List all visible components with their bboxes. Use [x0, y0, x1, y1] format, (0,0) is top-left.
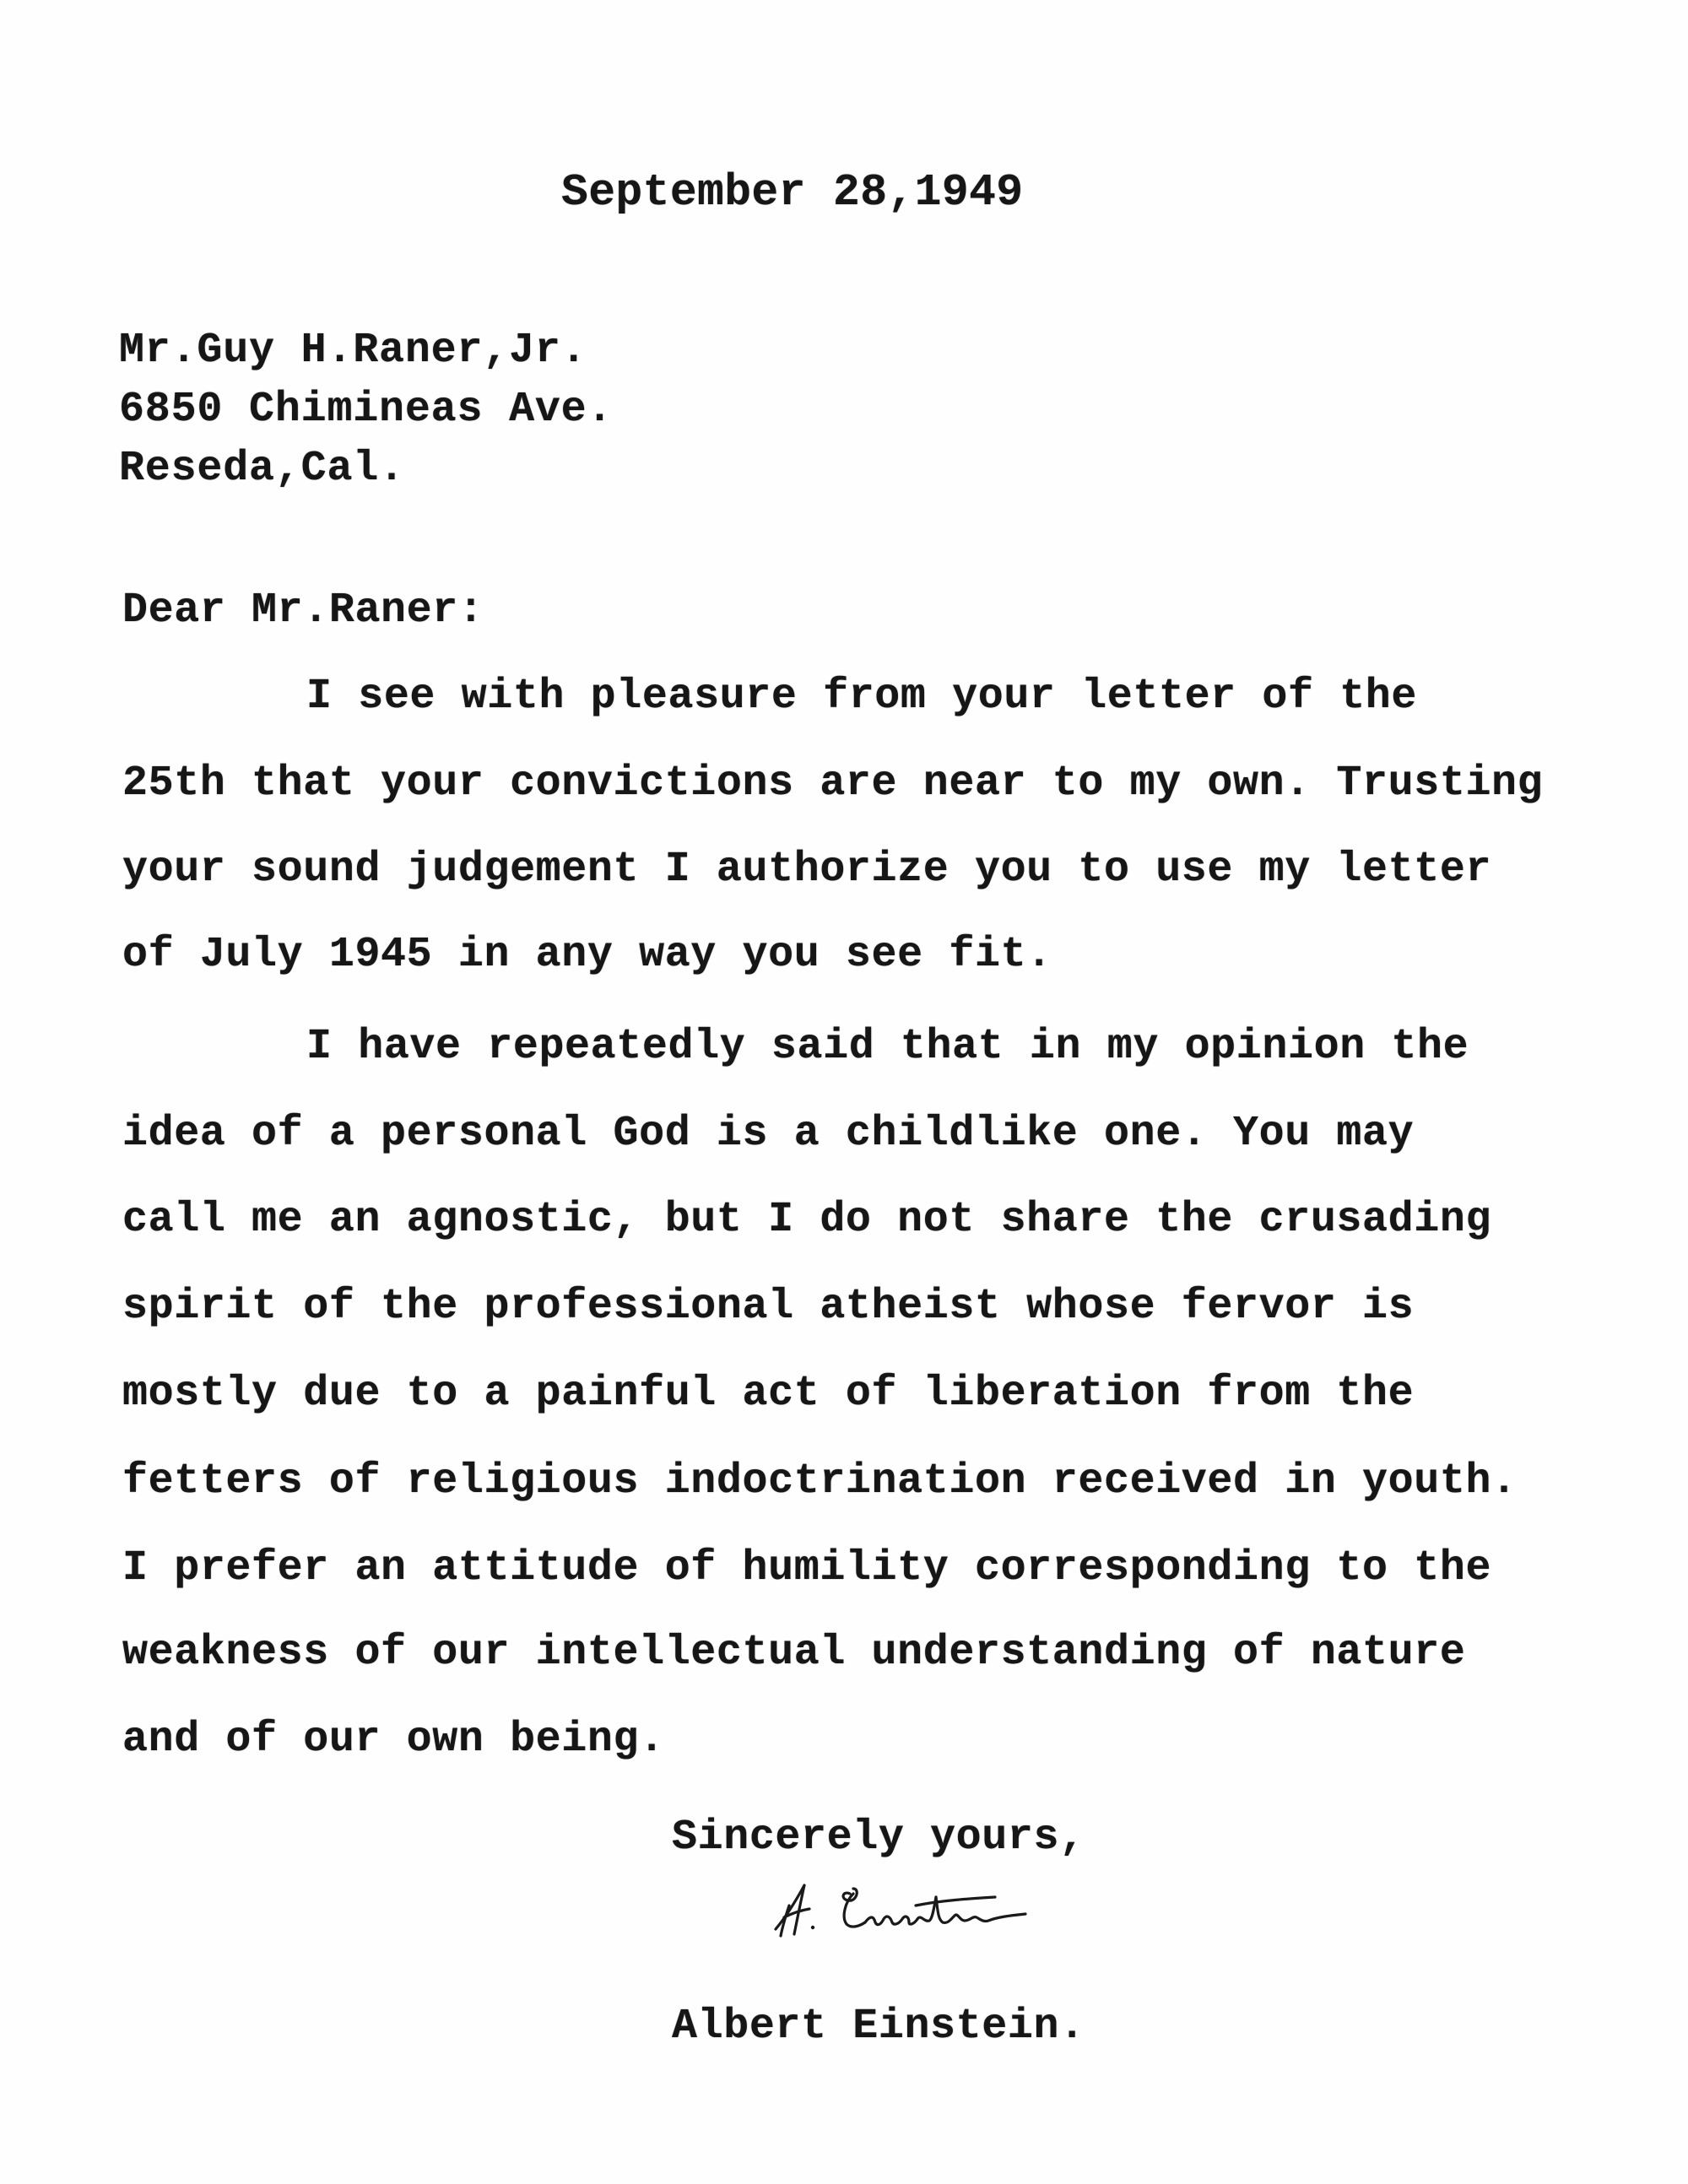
signatory-name: Albert Einstein.: [672, 2006, 1085, 2048]
body-line: I have repeatedly said that in my opinio…: [306, 1026, 1469, 1068]
body-line: fetters of religious indoctrination rece…: [122, 1461, 1518, 1503]
body-line: your sound judgement I authorize you to …: [122, 849, 1491, 891]
body-line: call me an agnostic, but I do not share …: [122, 1199, 1491, 1241]
body-line: idea of a personal God is a childlike on…: [122, 1113, 1414, 1155]
body-line: weakness of our intellectual understandi…: [122, 1632, 1465, 1674]
body-line: I see with pleasure from your letter of …: [306, 676, 1417, 718]
recipient-name: Mr.Guy H.Raner,Jr.: [119, 330, 587, 372]
body-line: of July 1945 in any way you see fit.: [122, 934, 1052, 976]
letter-date: September 28,1949: [561, 170, 1024, 215]
recipient-street: 6850 Chimineas Ave.: [119, 389, 613, 431]
closing: Sincerely yours,: [672, 1817, 1085, 1859]
body-line: I prefer an attitude of humility corresp…: [122, 1548, 1491, 1590]
signature-icon: [772, 1880, 1042, 1948]
body-line: spirit of the professional atheist whose…: [122, 1286, 1414, 1328]
body-line: and of our own being.: [122, 1719, 665, 1761]
salutation: Dear Mr.Raner:: [122, 590, 484, 632]
body-line: 25th that your convictions are near to m…: [122, 763, 1543, 805]
body-line: mostly due to a painful act of liberatio…: [122, 1373, 1414, 1415]
letter-page: September 28,1949 Mr.Guy H.Raner,Jr. 685…: [0, 0, 1688, 2184]
recipient-city: Reseda,Cal.: [119, 448, 405, 490]
